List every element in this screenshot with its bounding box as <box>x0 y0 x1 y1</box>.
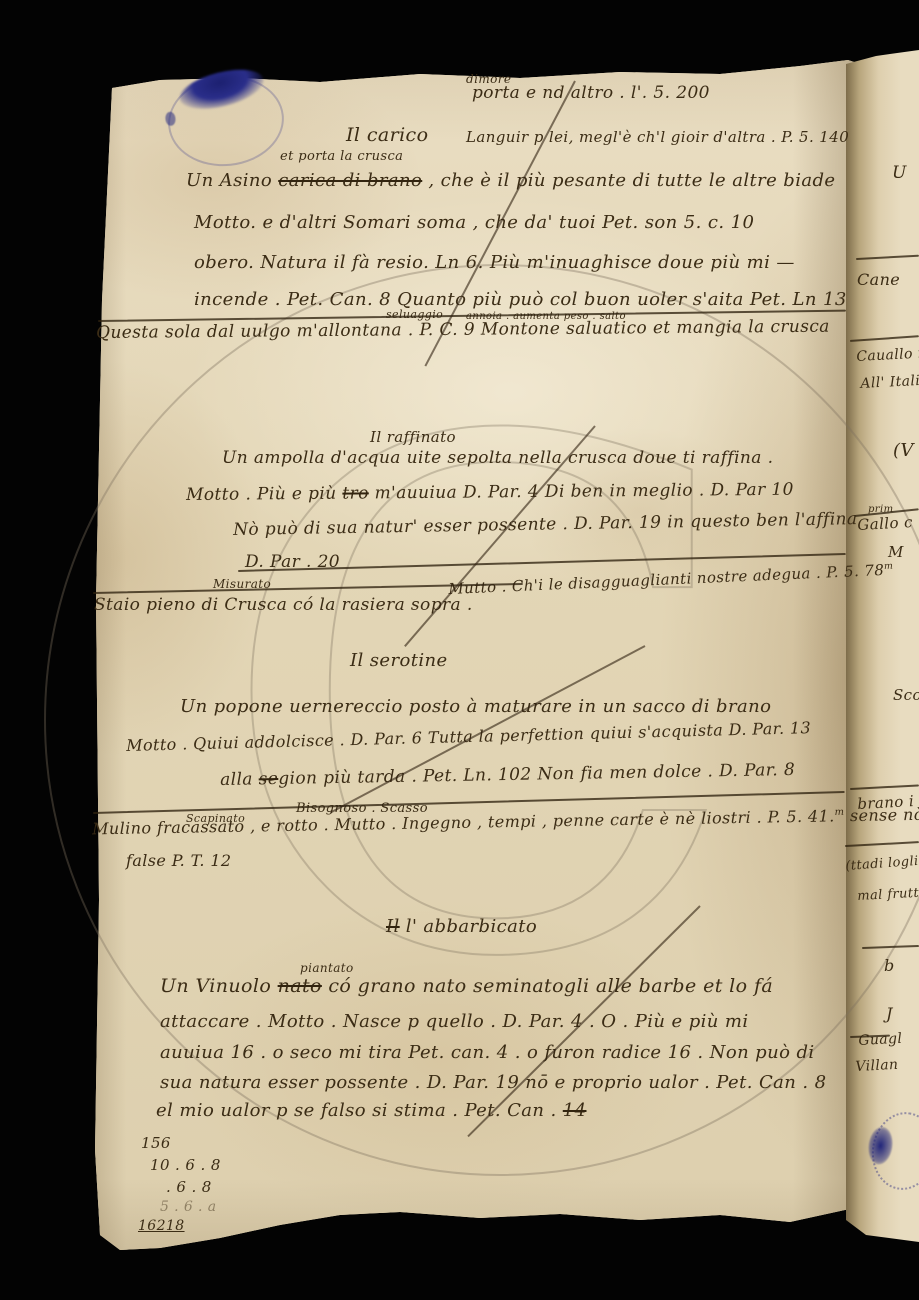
manuscript-page <box>88 58 854 1250</box>
manuscript-photo: C dimoreporta e nd altro . l'. 5. 200Il … <box>0 0 919 1300</box>
stamp-ink-blob <box>176 62 268 116</box>
adjacent-page-edge <box>846 50 919 1242</box>
page-edge-shading <box>88 58 854 1250</box>
stamp-ink-dot <box>165 111 176 126</box>
